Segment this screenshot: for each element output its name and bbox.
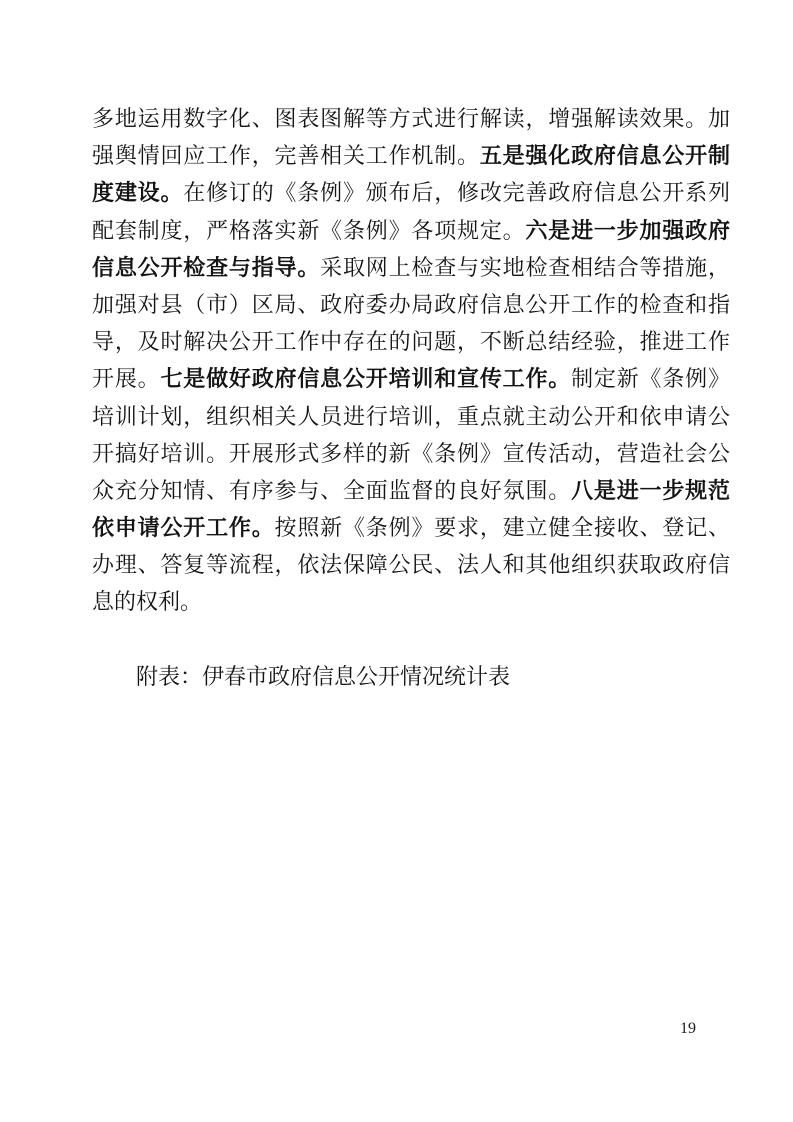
text-run: 加强对县（市）区局、政府委办局政府信息公开工作的检查和指 (92, 292, 730, 317)
text-run: 培训计划，组织相关人员进行培训，重点就主动公开和依申请公 (92, 404, 730, 429)
text-line: 加强对县（市）区局、政府委办局政府信息公开工作的检查和指 (92, 286, 730, 323)
text-line: 配套制度，严格落实新《条例》各项规定。六是进一步加强政府 (92, 212, 730, 249)
text-run: 在修订的《条例》颁布后，修改完善政府信息公开系列 (183, 180, 730, 205)
text-line: 信息公开检查与指导。采取网上检查与实地检查相结合等措施， (92, 249, 730, 286)
text-line: 开搞好培训。开展形式多样的新《条例》宣传活动，营造社会公 (92, 435, 730, 472)
attachment-note: 附表：伊春市政府信息公开情况统计表 (92, 658, 730, 695)
text-line: 强舆情回应工作，完善相关工作机制。五是强化政府信息公开制 (92, 137, 730, 174)
text-line: 导，及时解决公开工作中存在的问题，不断总结经验，推进工作 (92, 323, 730, 360)
text-run: 办理、答复等流程，依法保障公民、法人和其他组织获取政府信 (92, 552, 730, 577)
text-run: 配套制度，严格落实新《条例》各项规定。 (92, 218, 525, 243)
text-run: 制定新《条例》 (571, 366, 730, 391)
bold-text-run: 七是做好政府信息公开培训和宣传工作。 (160, 366, 571, 391)
text-line: 众充分知情、有序参与、全面监督的良好氛围。八是进一步规范 (92, 472, 730, 509)
page-number: 19 (680, 1020, 696, 1038)
text-run: 强舆情回应工作，完善相关工作机制。 (92, 143, 480, 168)
text-run: 多地运用数字化、图表图解等方式进行解读，增强解读效果。加 (92, 106, 730, 131)
text-run: 采取网上检查与实地检查相结合等措施， (320, 255, 730, 280)
text-line: 办理、答复等流程，依法保障公民、法人和其他组织获取政府信 (92, 546, 730, 583)
body-text: 多地运用数字化、图表图解等方式进行解读，增强解读效果。加强舆情回应工作，完善相关… (92, 100, 730, 695)
text-line: 度建设。在修订的《条例》颁布后，修改完善政府信息公开系列 (92, 174, 730, 211)
document-page: 多地运用数字化、图表图解等方式进行解读，增强解读效果。加强舆情回应工作，完善相关… (0, 0, 793, 1122)
text-run: 导，及时解决公开工作中存在的问题，不断总结经验，推进工作 (92, 329, 730, 354)
text-line: 依申请公开工作。按照新《条例》要求，建立健全接收、登记、 (92, 509, 730, 546)
text-run: 息的权利。 (92, 589, 202, 614)
text-run: 开展。 (92, 366, 160, 391)
text-line: 开展。七是做好政府信息公开培训和宣传工作。制定新《条例》 (92, 360, 730, 397)
bold-text-run: 信息公开检查与指导。 (92, 255, 320, 280)
text-run: 众充分知情、有序参与、全面监督的良好氛围。 (92, 478, 571, 503)
text-run: 开搞好培训。开展形式多样的新《条例》宣传活动，营造社会公 (92, 441, 730, 466)
text-run: 按照新《条例》要求，建立健全接收、登记、 (275, 515, 730, 540)
bold-text-run: 五是强化政府信息公开制 (480, 143, 730, 168)
bold-text-run: 六是进一步加强政府 (525, 218, 730, 243)
text-line: 息的权利。 (92, 583, 730, 620)
bold-text-run: 度建设。 (92, 180, 183, 205)
text-line: 培训计划，组织相关人员进行培训，重点就主动公开和依申请公 (92, 398, 730, 435)
text-line: 多地运用数字化、图表图解等方式进行解读，增强解读效果。加 (92, 100, 730, 137)
bold-text-run: 依申请公开工作。 (92, 515, 275, 540)
bold-text-run: 八是进一步规范 (571, 478, 730, 503)
